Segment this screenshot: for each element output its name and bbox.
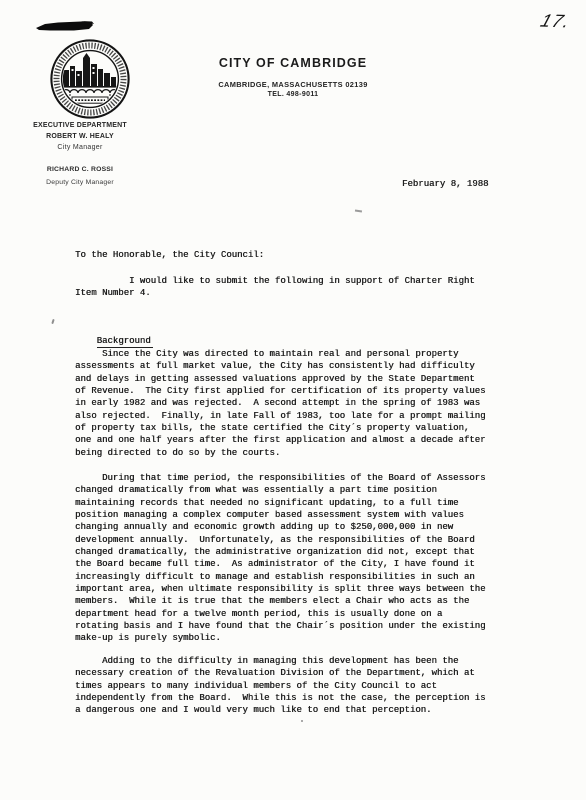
- city-manager-title: City Manager: [18, 142, 142, 153]
- body-paragraph-2: During that time period, the responsibil…: [75, 472, 485, 645]
- city-manager-name: ROBERT W. HEALY: [18, 131, 142, 142]
- scan-artifact-dash: [355, 210, 362, 213]
- department-name: EXECUTIVE DEPARTMENT: [18, 120, 142, 131]
- ink-smudge-mark: [36, 20, 94, 33]
- handwritten-page-number: 17.: [538, 10, 574, 32]
- executive-department-block: EXECUTIVE DEPARTMENT ROBERT W. HEALY Cit…: [18, 120, 142, 153]
- section-heading-text: Background: [97, 336, 153, 348]
- letterhead-phone: TEL. 498-9011: [133, 91, 453, 98]
- letterhead-city-title: CITY OF CAMBRIDGE: [133, 56, 453, 70]
- deputy-manager-name: RICHARD C. ROSSI: [24, 164, 136, 177]
- scan-artifact-tick: [51, 319, 54, 324]
- scan-artifact-dot: [301, 720, 303, 722]
- body-paragraph-1: Since the City was directed to maintain …: [75, 348, 485, 459]
- body-paragraph-3: Adding to the difficulty in managing thi…: [75, 655, 485, 717]
- letter-date: February 8, 1988: [402, 178, 488, 190]
- deputy-manager-block: RICHARD C. ROSSI Deputy City Manager: [24, 164, 136, 189]
- city-of-cambridge-seal-icon: [50, 39, 130, 119]
- letterhead-address: CAMBRIDGE, MASSACHUSETTS 02139: [133, 80, 453, 89]
- letter-salutation: To the Honorable, the City Council:: [75, 249, 264, 261]
- scanned-letter-page: 17.: [0, 0, 586, 800]
- letter-intro-paragraph: I would like to submit the following in …: [75, 275, 475, 300]
- deputy-manager-title: Deputy City Manager: [24, 177, 136, 190]
